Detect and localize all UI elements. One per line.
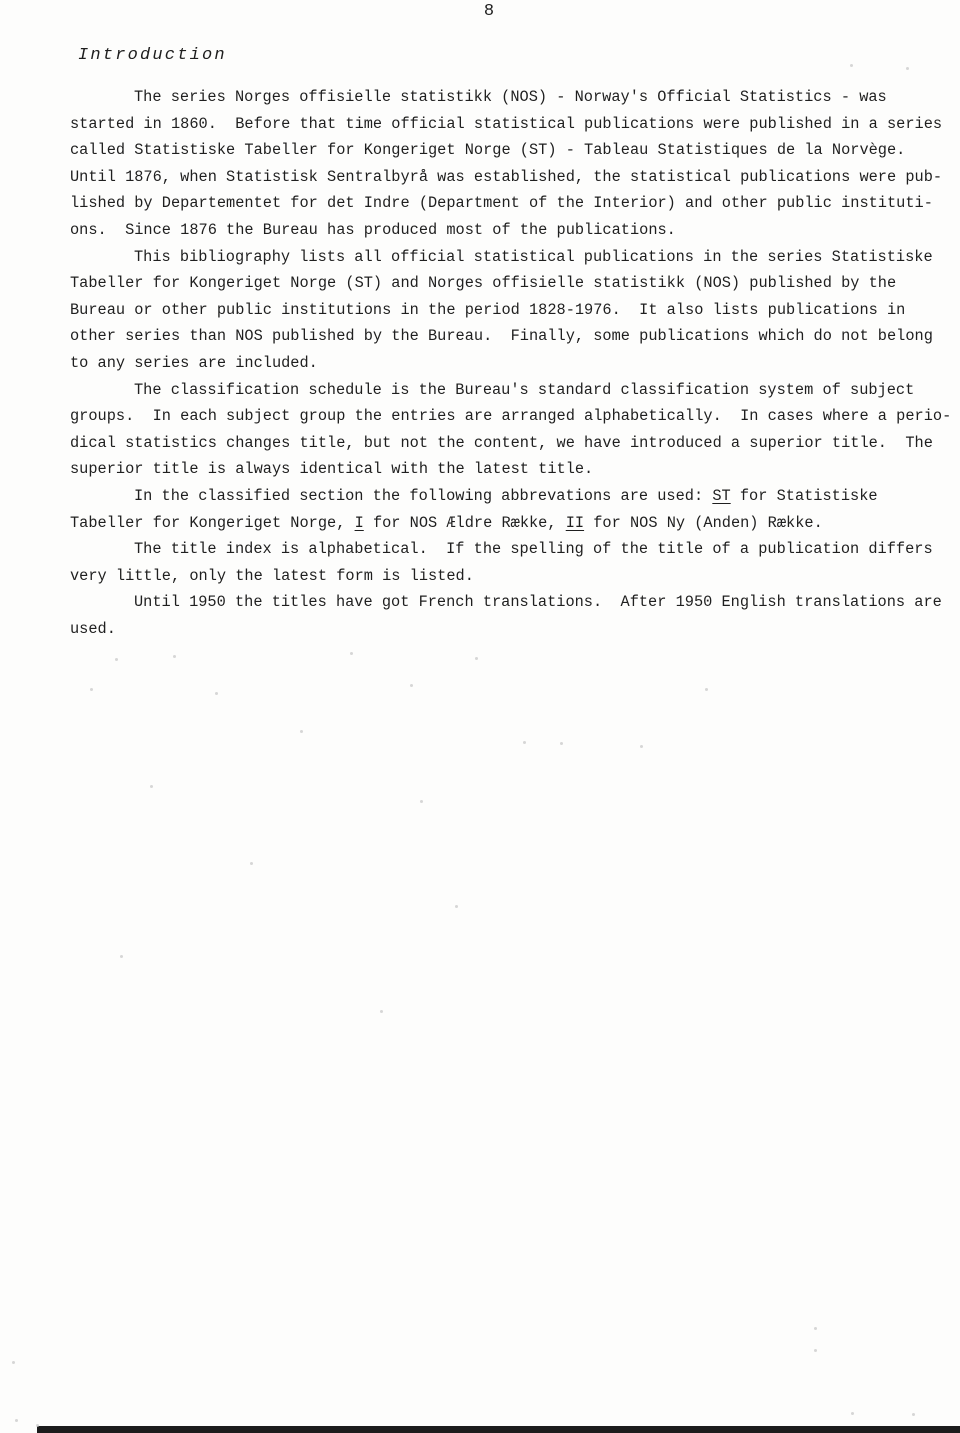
text-segment: The series Norges offisielle statistikk … bbox=[134, 88, 887, 106]
scan-edge-artifact bbox=[37, 1426, 960, 1433]
text-line: started in 1860. Before that time offici… bbox=[70, 111, 958, 138]
text-segment: very little, only the latest form is lis… bbox=[70, 567, 474, 585]
scan-speck bbox=[814, 1327, 817, 1330]
text-segment: groups. In each subject group the entrie… bbox=[70, 407, 951, 425]
text-segment: dical statistics changes title, but not … bbox=[70, 434, 933, 452]
text-segment: for NOS Ældre Række, bbox=[364, 514, 566, 532]
text-line: other series than NOS published by the B… bbox=[70, 323, 958, 350]
scan-speck bbox=[15, 1419, 18, 1422]
scan-speck bbox=[906, 67, 909, 70]
text-segment: for NOS Ny (Anden) Række. bbox=[584, 514, 823, 532]
document-page: 8 Introduction The series Norges offisie… bbox=[0, 0, 960, 1433]
text-line: ons. Since 1876 the Bureau has produced … bbox=[70, 217, 958, 244]
scan-speck bbox=[455, 905, 458, 908]
text-line: dical statistics changes title, but not … bbox=[70, 430, 958, 457]
text-line: groups. In each subject group the entrie… bbox=[70, 403, 958, 430]
text-line: Tabeller for Kongeriget Norge (ST) and N… bbox=[70, 270, 958, 297]
page-number: 8 bbox=[9, 2, 960, 21]
scan-speck bbox=[640, 745, 643, 748]
text-segment: Tabeller for Kongeriget Norge, bbox=[70, 514, 355, 532]
scan-speck bbox=[250, 862, 253, 865]
scan-speck bbox=[215, 692, 218, 695]
scan-speck bbox=[814, 1349, 817, 1352]
text-segment: superior title is always identical with … bbox=[70, 460, 593, 478]
underlined-abbreviation: II bbox=[566, 514, 584, 532]
underlined-abbreviation: I bbox=[355, 514, 364, 532]
text-segment: In the classified section the following … bbox=[134, 487, 712, 505]
text-segment: Bureau or other public institutions in t… bbox=[70, 301, 905, 319]
scan-speck bbox=[173, 655, 176, 658]
scan-speck bbox=[90, 688, 93, 691]
scan-speck bbox=[523, 741, 526, 744]
text-line: The series Norges offisielle statistikk … bbox=[70, 84, 958, 111]
text-segment: The title index is alphabetical. If the … bbox=[134, 540, 933, 558]
text-segment: ons. Since 1876 the Bureau has produced … bbox=[70, 221, 676, 239]
scan-speck bbox=[705, 688, 708, 691]
scan-speck bbox=[850, 64, 853, 67]
underlined-abbreviation: ST bbox=[712, 487, 730, 505]
text-line: The classification schedule is the Burea… bbox=[70, 377, 958, 404]
scan-speck bbox=[300, 730, 303, 733]
text-line: superior title is always identical with … bbox=[70, 456, 958, 483]
text-segment: lished by Departementet for det Indre (D… bbox=[70, 194, 933, 212]
text-segment: other series than NOS published by the B… bbox=[70, 327, 933, 345]
scan-speck bbox=[115, 658, 118, 661]
text-segment: Until 1876, when Statistisk Sentralbyrå … bbox=[70, 168, 942, 186]
text-segment: Until 1950 the titles have got French tr… bbox=[134, 593, 942, 611]
text-segment: Tabeller for Kongeriget Norge (ST) and N… bbox=[70, 274, 896, 292]
text-line: very little, only the latest form is lis… bbox=[70, 563, 958, 590]
text-line: In the classified section the following … bbox=[70, 483, 958, 510]
text-line: used. bbox=[70, 616, 958, 643]
text-line: to any series are included. bbox=[70, 350, 958, 377]
text-line: Until 1876, when Statistisk Sentralbyrå … bbox=[70, 164, 958, 191]
scan-speck bbox=[560, 742, 563, 745]
scan-speck bbox=[475, 657, 478, 660]
scan-speck bbox=[420, 800, 423, 803]
text-line: Tabeller for Kongeriget Norge, I for NOS… bbox=[70, 510, 958, 537]
text-segment: started in 1860. Before that time offici… bbox=[70, 115, 942, 133]
scan-speck bbox=[851, 1412, 854, 1415]
text-segment: The classification schedule is the Burea… bbox=[134, 381, 914, 399]
scan-speck bbox=[380, 1010, 383, 1013]
text-segment: used. bbox=[70, 620, 116, 638]
text-line: Bureau or other public institutions in t… bbox=[70, 297, 958, 324]
section-heading: Introduction bbox=[78, 46, 227, 65]
text-segment: This bibliography lists all official sta… bbox=[134, 248, 933, 266]
scan-speck bbox=[410, 684, 413, 687]
scan-speck bbox=[350, 652, 353, 655]
scan-speck bbox=[120, 955, 123, 958]
text-segment: to any series are included. bbox=[70, 354, 318, 372]
scan-speck bbox=[912, 1413, 915, 1416]
scan-speck bbox=[150, 785, 153, 788]
text-segment: called Statistiske Tabeller for Kongerig… bbox=[70, 141, 905, 159]
text-segment: for Statistiske bbox=[731, 487, 878, 505]
text-line: Until 1950 the titles have got French tr… bbox=[70, 589, 958, 616]
text-line: called Statistiske Tabeller for Kongerig… bbox=[70, 137, 958, 164]
text-line: lished by Departementet for det Indre (D… bbox=[70, 190, 958, 217]
body-text: The series Norges offisielle statistikk … bbox=[70, 84, 958, 642]
scan-speck bbox=[36, 1424, 39, 1427]
text-line: This bibliography lists all official sta… bbox=[70, 244, 958, 271]
scan-speck bbox=[12, 1361, 15, 1364]
text-line: The title index is alphabetical. If the … bbox=[70, 536, 958, 563]
